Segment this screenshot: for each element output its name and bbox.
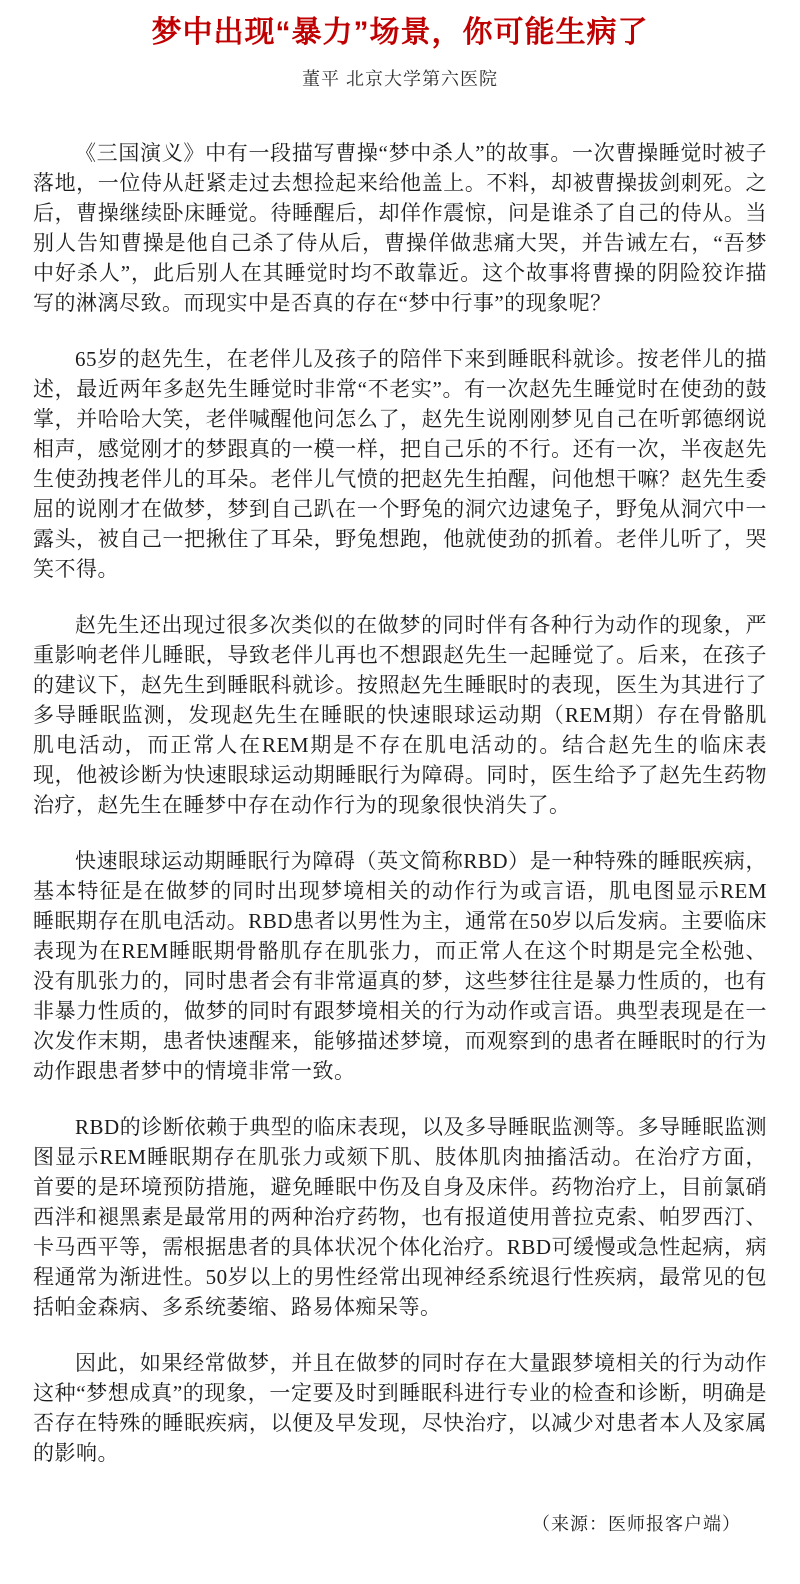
article-title: 梦中出现“暴力”场景，你可能生病了 [33, 14, 767, 52]
article-source: （来源：医师报客户端） [33, 1510, 767, 1536]
paragraph-6: 因此，如果经常做梦，并且在做梦的同时存在大量跟梦境相关的行为动作这种“梦想成真”… [33, 1348, 767, 1468]
paragraph-1: 《三国演义》中有一段描写曹操“梦中杀人”的故事。一次曹操睡觉时被子落地，一位侍从… [33, 138, 767, 318]
article-byline: 董平 北京大学第六医院 [33, 65, 767, 91]
paragraph-5: RBD的诊断依赖于典型的临床表现，以及多导睡眠监测等。多导睡眠监测图显示REM睡… [33, 1112, 767, 1322]
article-body: 《三国演义》中有一段描写曹操“梦中杀人”的故事。一次曹操睡觉时被子落地，一位侍从… [33, 138, 767, 1468]
article-page: 梦中出现“暴力”场景，你可能生病了 董平 北京大学第六医院 《三国演义》中有一段… [0, 0, 800, 1584]
paragraph-3: 赵先生还出现过很多次类似的在做梦的同时伴有各种行为动作的现象，严重影响老伴儿睡眠… [33, 610, 767, 820]
paragraph-4: 快速眼球运动期睡眠行为障碍（英文简称RBD）是一种特殊的睡眠疾病，基本特征是在做… [33, 846, 767, 1086]
paragraph-2: 65岁的赵先生，在老伴儿及孩子的陪伴下来到睡眠科就诊。按老伴儿的描述，最近两年多… [33, 344, 767, 584]
